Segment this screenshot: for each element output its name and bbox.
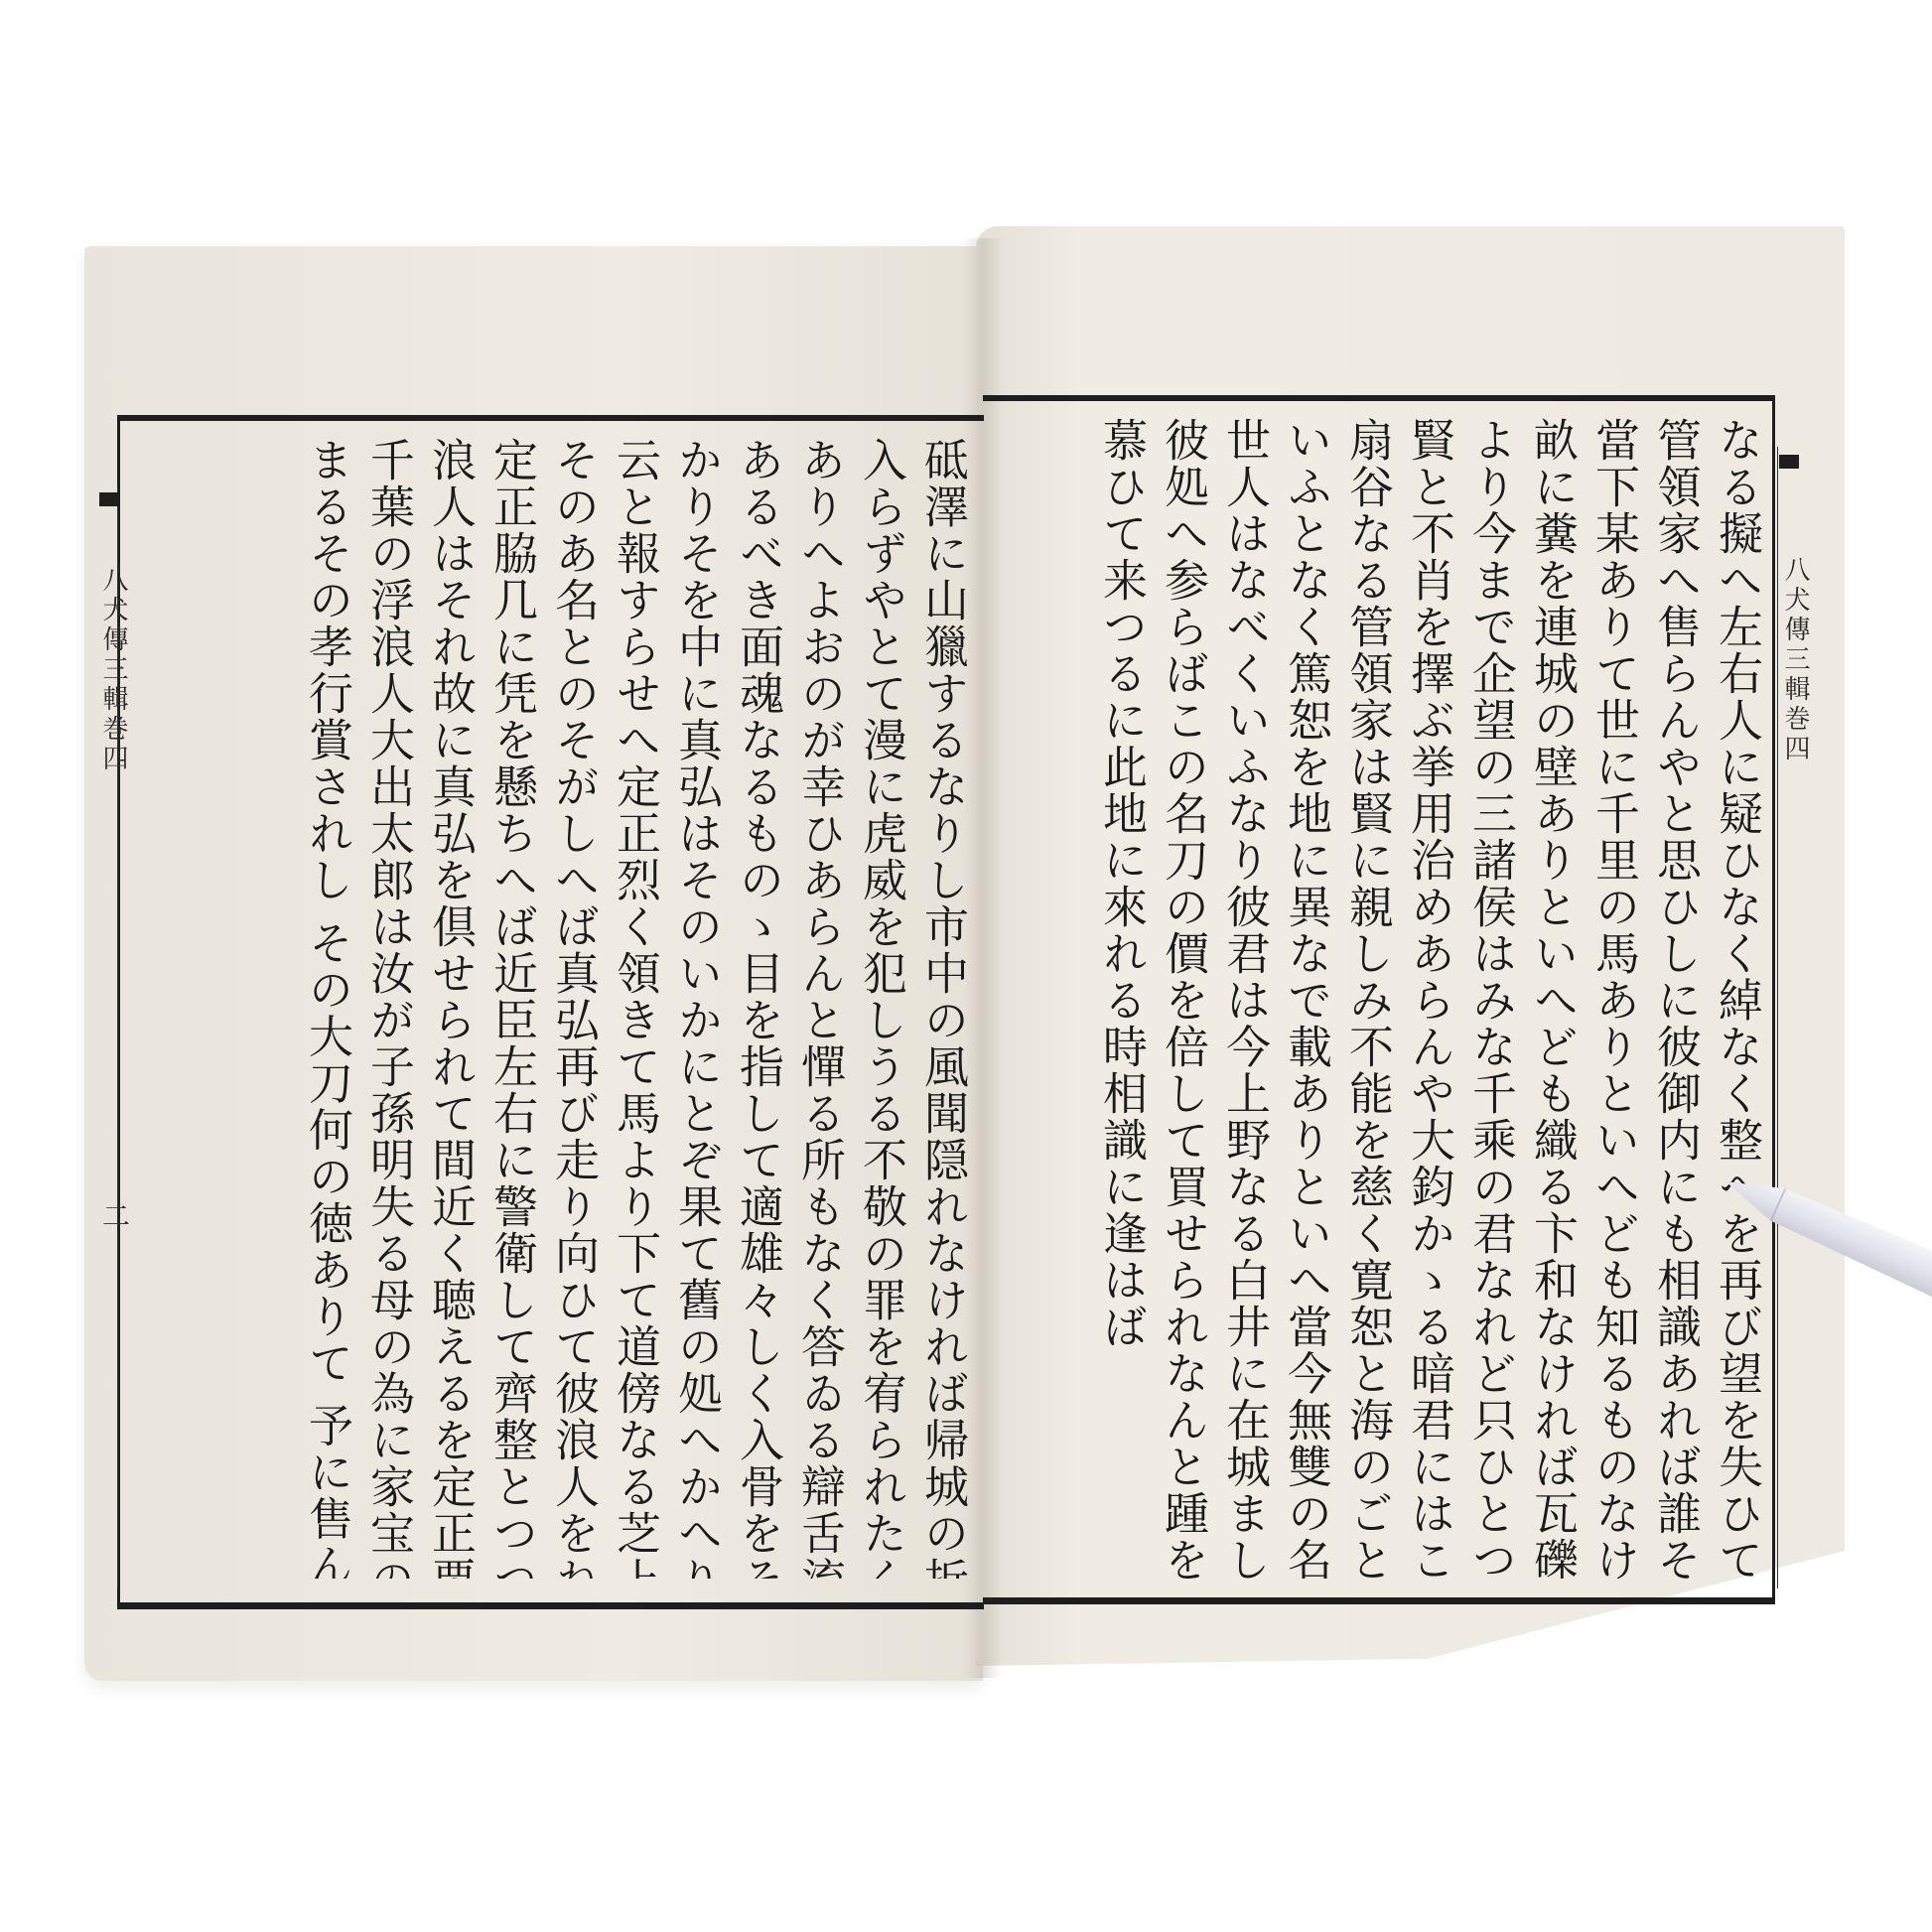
text-column: 彼処へ参らばこの名刀の價を倍して買せられなんと踵を旋らして跡を	[1152, 417, 1213, 1579]
text-column: 當下某ありて世に千里の馬ありといへども知るものなければ生涯田	[1583, 417, 1644, 1579]
text-column: そのあ名とのそがしへば真弘再び走り向ひて彼浪人をねて來ありその間に	[542, 437, 604, 1579]
text-column: いふとなく篤恕を地に異なで載ありといへ當今無雙の名将なるぞ	[1275, 417, 1336, 1579]
text-column: 世人はなべくいふなり彼君は今上野なる白井に在城ましまへば路の程は遠くとも	[1213, 417, 1275, 1579]
text-column: 慕ひて来つるに此地に來れる時相識に逢はば	[1090, 417, 1152, 1579]
text-column: 云と報すらせへ定正烈く領きて馬より下て道傍なる芝上に脇几を立させて	[604, 437, 665, 1579]
stylus-tip-seam	[1770, 1188, 1786, 1222]
text-column: 管領家へ售らんやと思ひしに彼御内にも相識あれば誰そ吸引するものあれ	[1644, 417, 1706, 1579]
text-column: あるべき面魂なるものゝ目を指して適雄々しく入骨をそ嘆賞せぬる	[727, 437, 788, 1579]
left-fish-tail-mark	[99, 492, 119, 506]
left-page-number: 二	[94, 1201, 134, 1229]
left-page-text: 砥澤に山獵するなりし市中の風聞隠れなければ帰城の折を候ひて見参に 入らずやとて漫…	[129, 437, 973, 1579]
right-fish-tail-mark	[1779, 455, 1799, 469]
text-column: 入らずやとて漫に虎威を犯しうる不敬の罪を宥られたくれらの申し趣を陳べまげ	[850, 437, 911, 1579]
text-column: 畝に糞を連城の壁ありといへども織る卞和なければ瓦礫と共に碌々	[1521, 417, 1583, 1579]
text-column: より今まで企望の三諸侯はみな千乘の君なれど只ひとつの大刀を識らんや	[1459, 417, 1521, 1579]
text-column: かりそを中に真弘はそのいかにとぞ果て舊の処へかへり來則綽の趣を云	[665, 437, 727, 1579]
left-margin-title: 八犬傳三輯巻四	[95, 566, 132, 774]
text-column: 浪人はそれ故に真弘を倶せられて間近く聴えるを定正粟時ならんか下總	[419, 437, 481, 1579]
right-margin-title: 八犬傳三輯巻四	[1777, 556, 1814, 764]
right-page-text: なる擬へ左右人に疑ひなく綽なく整へを再び望を失ひて又鎌倉へ赴きて山内の 管領家へ…	[993, 417, 1767, 1579]
text-column: 砥澤に山獵するなりし市中の風聞隠れなければ帰城の折を候ひて見参に	[911, 437, 973, 1579]
text-column: なる擬へ左右人に疑ひなく綽なく整へを再び望を失ひて又鎌倉へ赴きて山内の	[1706, 417, 1767, 1579]
text-column: 扇谷なる管領家は賢に親しみ不能を慈く寛恕と海のごとく容るぞと	[1336, 417, 1398, 1579]
text-column: ありへよおのが幸ひあらんと憚る所もなく答ゐる辯舌流るゝ水のごとく一癖	[788, 437, 850, 1579]
text-column: 定正脇几に凭を懸ちへば近臣左右に警衛して齊整とつつしさればの件の	[481, 437, 542, 1579]
text-column: 賢と不肖を擇ぶ挙用治めあらんや大鈞かゝる暗君にはこの刀を售ぬもよし	[1398, 417, 1459, 1579]
text-column: まるその孝行賞されし その大刀何の徳ありて 予に售んと自負したる三世	[296, 437, 357, 1579]
text-column: 千葉の浮浪人大出太郎は汝が子孫明失る母の為に家宝の大刀を售んと欲	[357, 437, 419, 1579]
